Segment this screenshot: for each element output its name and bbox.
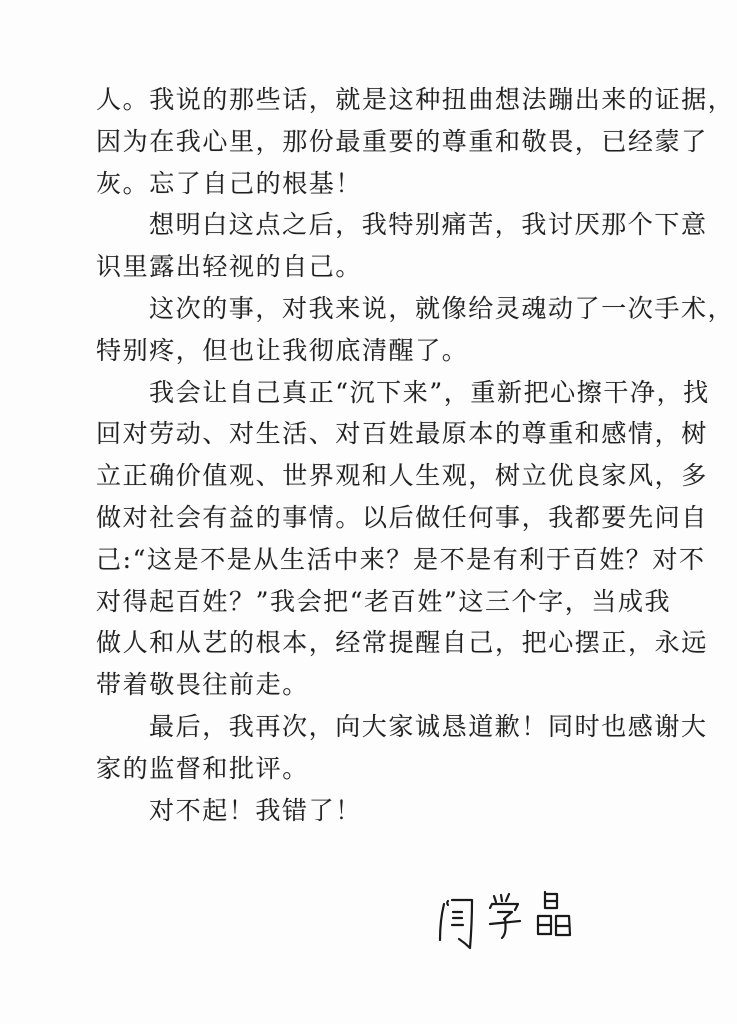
letter-line-9: 回对劳动、对生活、对百姓最原本的尊重和感情，树 (96, 413, 666, 455)
handwritten-signature: 闫学晶 (432, 888, 587, 958)
letter-page: 人。我说的那些话，就是这种扭曲想法蹦出来的证据， 因为在我心里，那份最重要的尊重… (0, 0, 737, 1024)
letter-line-15: 带着敬畏往前走。 (96, 664, 666, 706)
letter-line-7: 特别疼，但也让我彻底清醒了。 (96, 330, 666, 372)
letter-line-5: 识里露出轻视的自己。 (96, 246, 666, 288)
letter-line-11: 做对社会有益的事情。以后做任何事，我都要先问自 (96, 497, 666, 539)
letter-line-14: 做人和从艺的根本，经常提醒自己，把心摆正，永远 (96, 622, 666, 664)
signature-icon (432, 888, 587, 958)
letter-line-13: 对得起百姓？”我会把“老百姓”这三个字，当成我 (96, 581, 666, 623)
letter-line-8: 我会让自己真正“沉下来”，重新把心擦干净，找 (96, 372, 666, 414)
letter-line-16: 最后，我再次，向大家诚恳道歉！同时也感谢大 (96, 706, 666, 748)
letter-line-17: 家的监督和批评。 (96, 748, 666, 790)
letter-body: 人。我说的那些话，就是这种扭曲想法蹦出来的证据， 因为在我心里，那份最重要的尊重… (96, 79, 666, 831)
letter-line-1: 人。我说的那些话，就是这种扭曲想法蹦出来的证据， (96, 79, 666, 121)
letter-line-4: 想明白这点之后，我特别痛苦，我讨厌那个下意 (96, 204, 666, 246)
letter-line-3: 灰。忘了自己的根基！ (96, 163, 666, 205)
letter-line-6: 这次的事，对我来说，就像给灵魂动了一次手术， (96, 288, 666, 330)
letter-line-12: 己:“这是不是从生活中来？是不是有利于百姓？对不 (96, 539, 666, 581)
letter-line-10: 立正确价值观、世界观和人生观，树立优良家风，多 (96, 455, 666, 497)
letter-line-18: 对不起！我错了！ (96, 790, 666, 832)
letter-line-2: 因为在我心里，那份最重要的尊重和敬畏，已经蒙了 (96, 121, 666, 163)
